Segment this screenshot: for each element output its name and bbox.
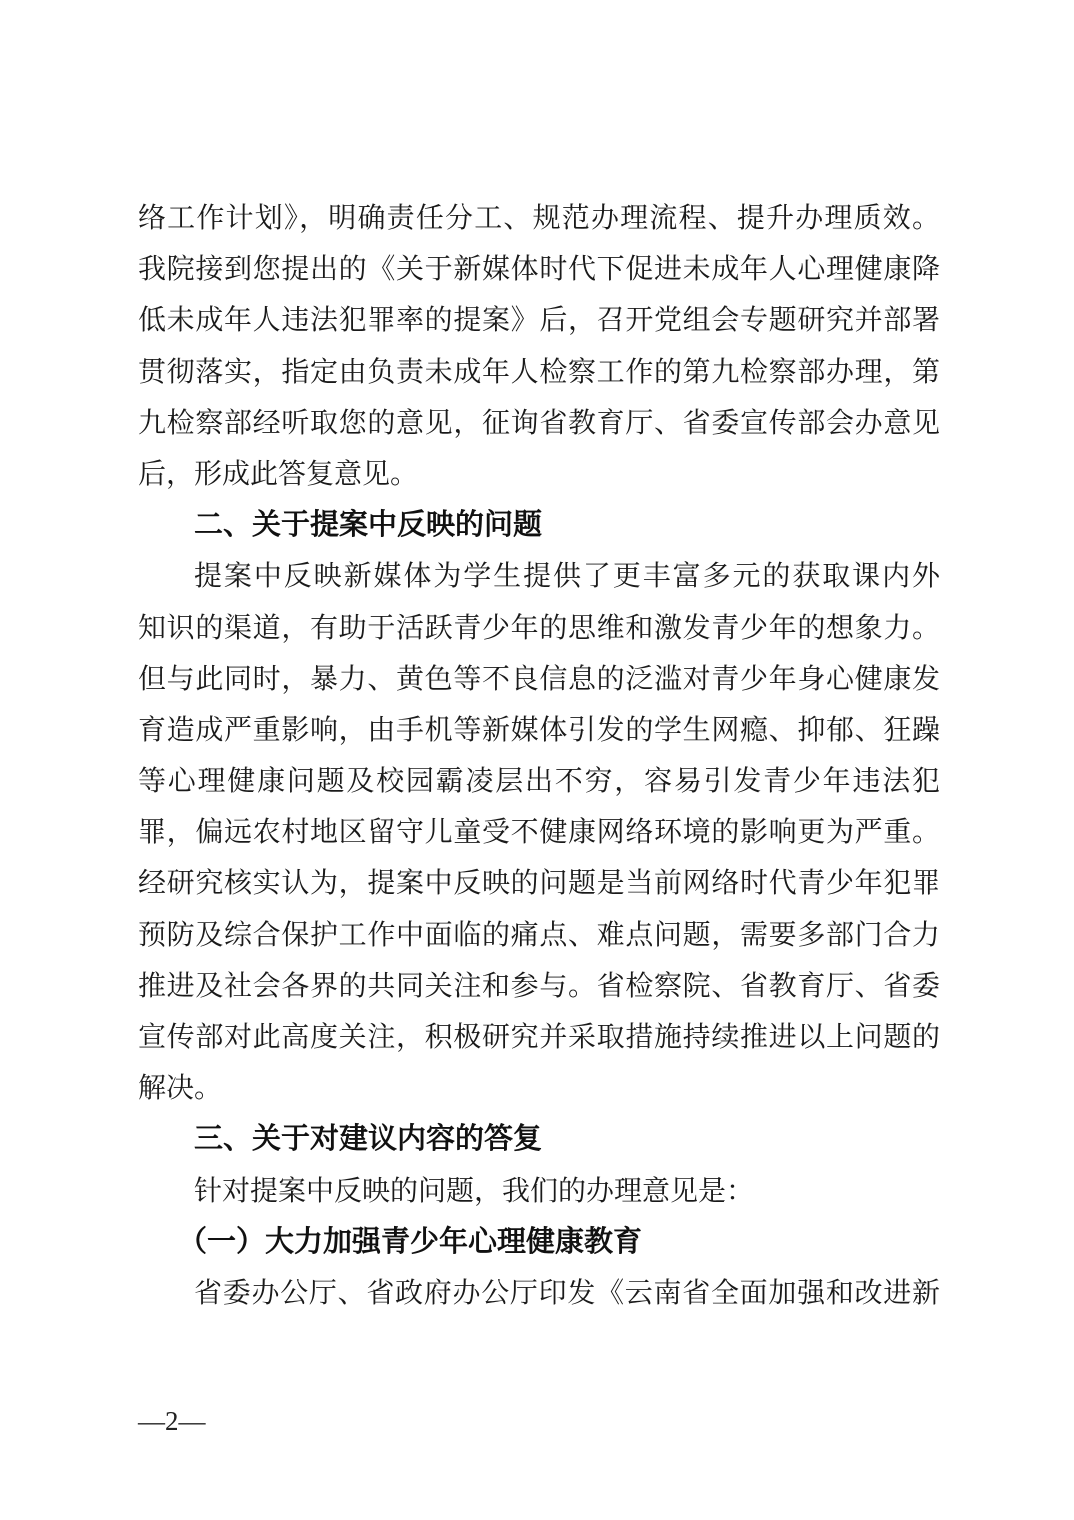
paragraph-line: 我院接到您提出的《关于新媒体时代下促进未成年人心理健康降 [138, 244, 940, 295]
paragraph-line: 罪，偏远农村地区留守儿童受不健康网络环境的影响更为严重。 [138, 807, 940, 858]
section-heading: 三、关于对建议内容的答复 [138, 1114, 940, 1165]
paragraph-line: 等心理健康问题及校园霸凌层出不穷，容易引发青少年违法犯 [138, 756, 940, 807]
page-number: —2— [138, 1404, 206, 1438]
paragraph-line: 解决。 [138, 1063, 940, 1114]
paragraph-line: 低未成年人违法犯罪率的提案》后，召开党组会专题研究并部署 [138, 295, 940, 346]
paragraph-line: 针对提案中反映的问题，我们的办理意见是： [138, 1166, 940, 1217]
paragraph-line: 贯彻落实，指定由负责未成年人检察工作的第九检察部办理，第 [138, 347, 940, 398]
document-page: 络工作计划》，明确责任分工、规范办理流程、提升办理质效。 我院接到您提出的《关于… [0, 0, 1074, 1520]
paragraph-line: 络工作计划》，明确责任分工、规范办理流程、提升办理质效。 [138, 193, 940, 244]
paragraph-line: 经研究核实认为，提案中反映的问题是当前网络时代青少年犯罪 [138, 858, 940, 909]
paragraph-line: 但与此同时，暴力、黄色等不良信息的泛滥对青少年身心健康发 [138, 654, 940, 705]
document-text-block: 络工作计划》，明确责任分工、规范办理流程、提升办理质效。 我院接到您提出的《关于… [138, 193, 940, 1319]
subsection-heading: （一）大力加强青少年心理健康教育 [138, 1217, 940, 1268]
section-heading: 二、关于提案中反映的问题 [138, 500, 940, 551]
paragraph-line: 推进及社会各界的共同关注和参与。省检察院、省教育厅、省委 [138, 961, 940, 1012]
paragraph-line: 提案中反映新媒体为学生提供了更丰富多元的获取课内外 [138, 551, 940, 602]
paragraph-line: 育造成严重影响，由手机等新媒体引发的学生网瘾、抑郁、狂躁 [138, 705, 940, 756]
paragraph-line: 九检察部经听取您的意见，征询省教育厅、省委宣传部会办意见 [138, 398, 940, 449]
paragraph-line: 预防及综合保护工作中面临的痛点、难点问题，需要多部门合力 [138, 910, 940, 961]
paragraph-line: 宣传部对此高度关注，积极研究并采取措施持续推进以上问题的 [138, 1012, 940, 1063]
paragraph-line: 知识的渠道，有助于活跃青少年的思维和激发青少年的想象力。 [138, 603, 940, 654]
paragraph-line: 省委办公厅、省政府办公厅印发《云南省全面加强和改进新 [138, 1268, 940, 1319]
paragraph-line: 后，形成此答复意见。 [138, 449, 940, 500]
